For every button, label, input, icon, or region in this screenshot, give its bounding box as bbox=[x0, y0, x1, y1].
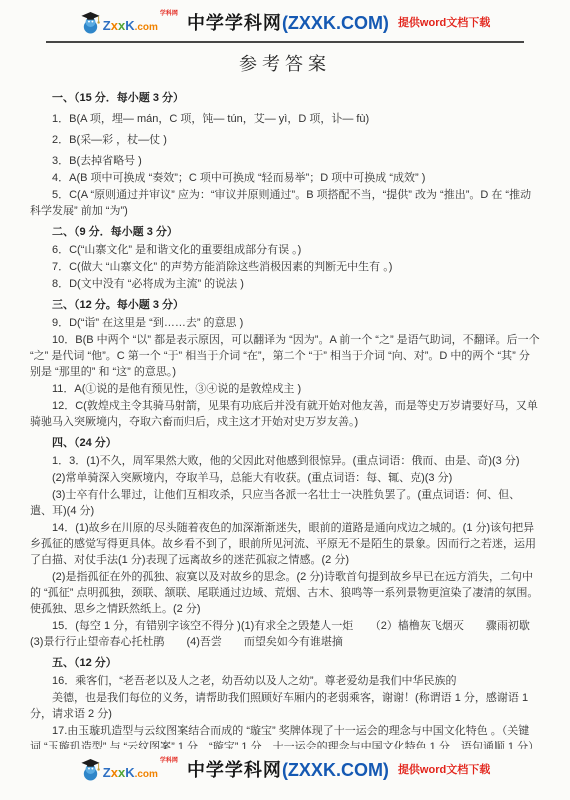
answer-item-17: 17.由玉璇玑造型与云纹图案结合而成的 “璇宝” 奖牌体现了十一运会的理念与中国… bbox=[30, 723, 540, 749]
answer-item-1: 1．B(A 项，埋— mán，C 项，饨— tún，艾— yì，D 项，讣— f… bbox=[30, 111, 540, 127]
page-header: ZxxK.com 学科网 中学学科网(ZXXK.COM) 提供word文档下载 bbox=[0, 0, 570, 43]
answer-item-4: 4．A(B 项中可换成 “奏效”；C 项中可换成 “轻而易举”；D 项中可换成 … bbox=[30, 170, 540, 186]
answer-item-8: 8．D(文中没有 “必将成为主流” 的说法 ) bbox=[30, 276, 540, 292]
answer-item-15: 15．(每空 1 分，有错别字该空不得分 )(1)有求全之毁楚人一炬 （2）樯橹… bbox=[30, 618, 540, 650]
answer-item-2: 2．B(采—彩 ，杖—仗 ) bbox=[30, 132, 540, 148]
page-title: 参考答案 bbox=[0, 50, 570, 76]
header-divider bbox=[46, 41, 525, 43]
answer-item-5: 5．C(A “原则通过并审议” 应为：“审议并原则通过”。B 项搭配不当，“提供… bbox=[30, 187, 540, 219]
site-domain: (ZXXK.COM) bbox=[282, 13, 389, 33]
answer-item-3: 3．B(去掉省略号 ) bbox=[30, 153, 540, 169]
word-download-link[interactable]: 提供word文档下载 bbox=[398, 14, 490, 30]
answer-item-11: 11．A(①说的是他有预见性，③④说的是敦煌戍主 ) bbox=[30, 381, 540, 397]
answer-item-9: 9．D(“诣” 在这里是 “到……去” 的意思 ) bbox=[30, 315, 540, 331]
zxxk-logo-wordmark: ZxxK.com bbox=[103, 766, 158, 781]
section-heading-one: 一、（15 分．每小题 3 分） bbox=[30, 90, 540, 106]
document-page: ZxxK.com 学科网 中学学科网(ZXXK.COM) 提供word文档下载 … bbox=[0, 0, 570, 800]
answer-item-16-b: 美德，也是我们每位的义务，请帮助我们照顾好车厢内的老弱乘客，谢谢！(称谓语 1 … bbox=[30, 690, 540, 722]
zxxk-logo-footer[interactable]: ZxxK.com 学科网 bbox=[80, 758, 178, 781]
answer-item-16-a: 16．乘客们，“老吾老以及人之老，幼吾幼以及人之幼”。尊老爱幼是我们中华民族的 bbox=[30, 673, 540, 689]
site-name: 中学学科网 bbox=[187, 760, 282, 780]
site-name: 中学学科网 bbox=[187, 13, 282, 33]
zxxk-mascot-icon bbox=[80, 758, 101, 781]
zxxk-logo[interactable]: ZxxK.com 学科网 bbox=[80, 11, 178, 34]
answer-item-6: 6．C(“山寨文化” 是和谐文化的重要组成部分有误 。) bbox=[30, 242, 540, 258]
answer-item-14-1: 14．(1)故乡在川原的尽头随着夜色的加深渐渐迷失，眼前的道路是通向戍边之城的。… bbox=[30, 520, 540, 568]
section-heading-four: 四、（24 分） bbox=[30, 435, 540, 451]
zxxk-logo-wordmark: ZxxK.com bbox=[103, 19, 158, 34]
site-title: 中学学科网(ZXXK.COM) bbox=[187, 9, 389, 35]
answers-body: 一、（15 分．每小题 3 分） 1．B(A 项，埋— mán，C 项，饨— t… bbox=[0, 85, 570, 749]
answer-item-14-2: (2)是指孤征在外的孤独、寂寞以及对故乡的思念。(2 分)诗歌首句提到故乡早已在… bbox=[30, 569, 540, 617]
section-heading-two: 二、（9 分．每小题 3 分） bbox=[30, 224, 540, 240]
page-footer: ZxxK.com 学科网 中学学科网(ZXXK.COM) 提供word文档下载 bbox=[0, 756, 570, 782]
section-heading-three: 三、（12 分。每小题 3 分） bbox=[30, 297, 540, 313]
section-heading-five: 五、（12 分） bbox=[30, 655, 540, 671]
zxxk-logo-caption: 学科网 bbox=[160, 11, 178, 17]
answer-item-12: 12．C(敦煌戍主令其骑马射箭，见果有功底后并没有就开始对他友善，而是等史万岁请… bbox=[30, 398, 540, 430]
answer-item-13-3: (3)士卒有什么罪过，让他们互相攻杀，只应当各派一名壮士一决胜负罢了。(重点词语… bbox=[30, 487, 540, 519]
site-title: 中学学科网(ZXXK.COM) bbox=[187, 756, 389, 782]
word-download-link[interactable]: 提供word文档下载 bbox=[398, 761, 490, 777]
site-domain: (ZXXK.COM) bbox=[282, 760, 389, 780]
answer-item-7: 7．C(做大 “山寨文化” 的声势方能消除这些消极因素的判断无中生有 。) bbox=[30, 259, 540, 275]
zxxk-mascot-icon bbox=[80, 11, 101, 34]
answer-item-13-1: 1．3．(1)不久，周军果然大败，他的父因此对他感到很惊异。(重点词语：俄而、由… bbox=[30, 453, 540, 469]
zxxk-logo-caption: 学科网 bbox=[160, 758, 178, 764]
answer-item-10: 10．B(B 中两个 “以” 都是表示原因，可以翻译为 “因为”。A 前一个 “… bbox=[30, 332, 540, 380]
answer-item-13-2: (2)常单骑深入突厥境内，夺取羊马，总能大有收获。(重点词语：每、辄、克)(3 … bbox=[30, 470, 540, 486]
